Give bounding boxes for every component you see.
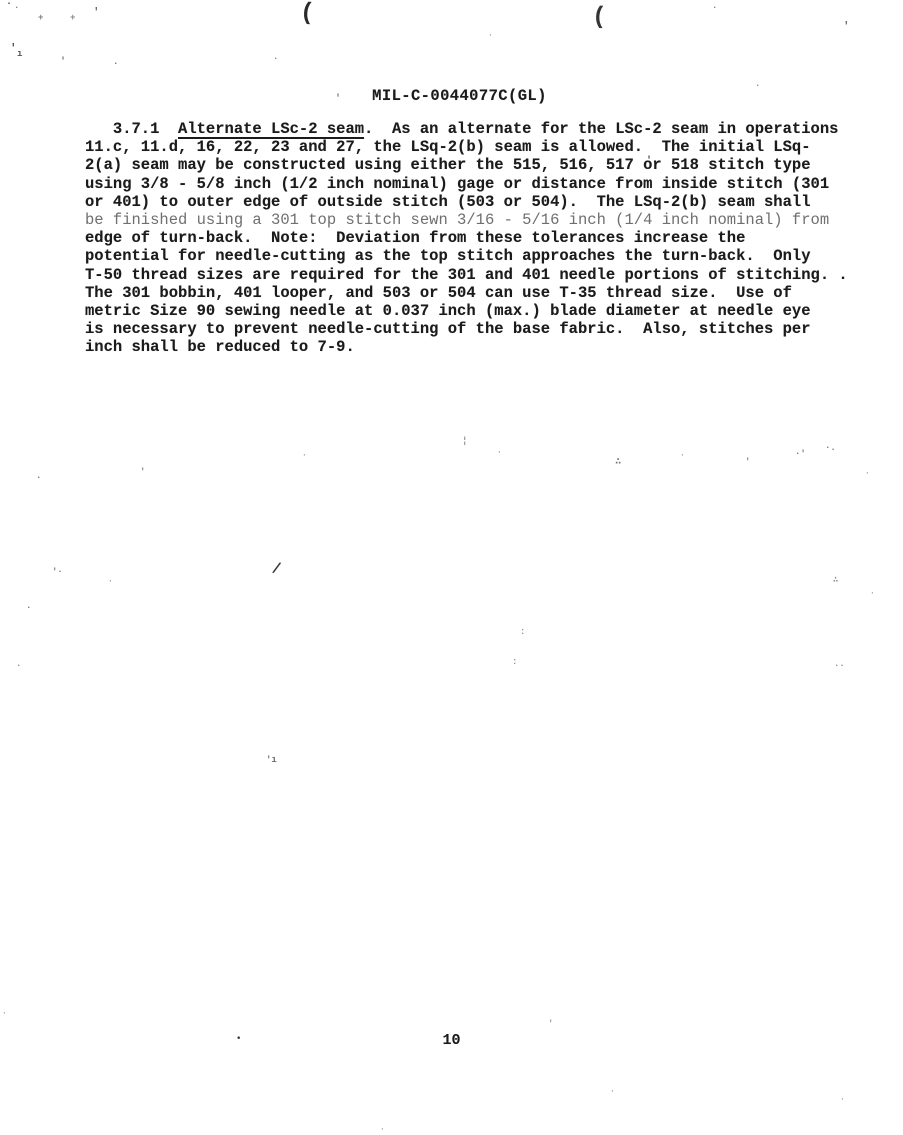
scan-speck: ' bbox=[10, 44, 17, 55]
underlined-heading: Alternate LSc-2 seam bbox=[178, 120, 364, 138]
scan-speck: 'ı bbox=[266, 756, 277, 765]
text-line: inch shall be reduced to 7-9. bbox=[85, 338, 848, 356]
scan-speck: ·· bbox=[834, 662, 845, 671]
scan-speck: · bbox=[273, 55, 278, 64]
scan-speck: : bbox=[520, 628, 525, 637]
scan-speck: · bbox=[108, 578, 113, 586]
scan-speck: · bbox=[870, 590, 875, 598]
para-number: 3.7.1 bbox=[85, 120, 178, 138]
scan-speck: · bbox=[488, 32, 493, 40]
text-line: is necessary to prevent needle-cutting o… bbox=[85, 320, 848, 338]
scan-speck: ·. bbox=[825, 444, 836, 453]
text-line: 3.7.1 Alternate LSc-2 seam. As an altern… bbox=[85, 120, 848, 138]
text-line: 11.c, 11.d, 16, 22, 23 and 27, the LSq-2… bbox=[85, 138, 848, 156]
scan-speck: ' bbox=[140, 468, 145, 477]
scan-speck: ' bbox=[93, 8, 100, 19]
scan-speck: / bbox=[271, 561, 282, 577]
scan-speck: ' bbox=[548, 1020, 553, 1029]
scan-speck: · bbox=[6, 0, 12, 10]
scan-speck: · bbox=[610, 1088, 615, 1096]
scan-speck: · bbox=[302, 452, 307, 460]
text-line: metric Size 90 sewing needle at 0.037 in… bbox=[85, 302, 848, 320]
scan-speck: ¦ bbox=[462, 437, 467, 446]
scan-speck: · bbox=[14, 4, 19, 13]
scan-speck: + bbox=[70, 14, 75, 23]
text-line: The 301 bobbin, 401 looper, and 503 or 5… bbox=[85, 284, 848, 302]
scan-speck: ı bbox=[17, 50, 22, 59]
scan-speck: ' bbox=[60, 58, 66, 68]
text-line: 2(a) seam may be constructed using eithe… bbox=[85, 156, 848, 174]
scan-speck: · bbox=[26, 604, 31, 613]
text-line-faded: be finished using a 301 top stitch sewn … bbox=[85, 211, 848, 229]
spec-number-header: MIL-C-0044077C(GL) bbox=[0, 87, 903, 105]
scan-speck: · bbox=[865, 470, 870, 478]
text-line: edge of turn-back. Note: Deviation from … bbox=[85, 229, 848, 247]
scan-speck: · bbox=[36, 474, 41, 483]
scan-speck: ∴ bbox=[615, 458, 621, 468]
text-line: using 3/8 - 5/8 inch (1/2 inch nominal) … bbox=[85, 175, 848, 193]
scan-speck: · bbox=[2, 1010, 7, 1018]
scan-speck: · bbox=[840, 1096, 845, 1104]
text-line: or 401) to outer edge of outside stitch … bbox=[85, 193, 848, 211]
paragraph-3-7-1: 3.7.1 Alternate LSc-2 seam. As an altern… bbox=[85, 120, 848, 356]
document-page: MIL-C-0044077C(GL) 3.7.1 Alternate LSc-2… bbox=[0, 0, 903, 1135]
scan-speck: · bbox=[16, 662, 21, 671]
page-number: 10 bbox=[0, 1032, 903, 1049]
scan-speck: · bbox=[380, 1126, 385, 1134]
scan-speck: ' bbox=[843, 22, 850, 33]
scan-speck: : bbox=[512, 658, 517, 667]
scan-speck: ∴ bbox=[833, 576, 838, 585]
scan-speck: · bbox=[680, 452, 685, 460]
scan-speck: ( bbox=[299, 2, 315, 27]
text-line: T-50 thread sizes are required for the 3… bbox=[85, 266, 848, 284]
scan-speck: · bbox=[497, 449, 502, 457]
scan-speck: '· bbox=[52, 568, 63, 577]
text-line: potential for needle-cutting as the top … bbox=[85, 247, 848, 265]
line1-text: . As an alternate for the LSc-2 seam in … bbox=[364, 120, 838, 138]
scan-speck: ( bbox=[592, 6, 607, 30]
scan-speck: ·' bbox=[795, 450, 806, 459]
scan-speck: + bbox=[38, 14, 43, 23]
scan-speck: · bbox=[113, 60, 118, 69]
scan-speck: ' bbox=[745, 458, 750, 467]
scan-speck: · bbox=[712, 4, 717, 13]
